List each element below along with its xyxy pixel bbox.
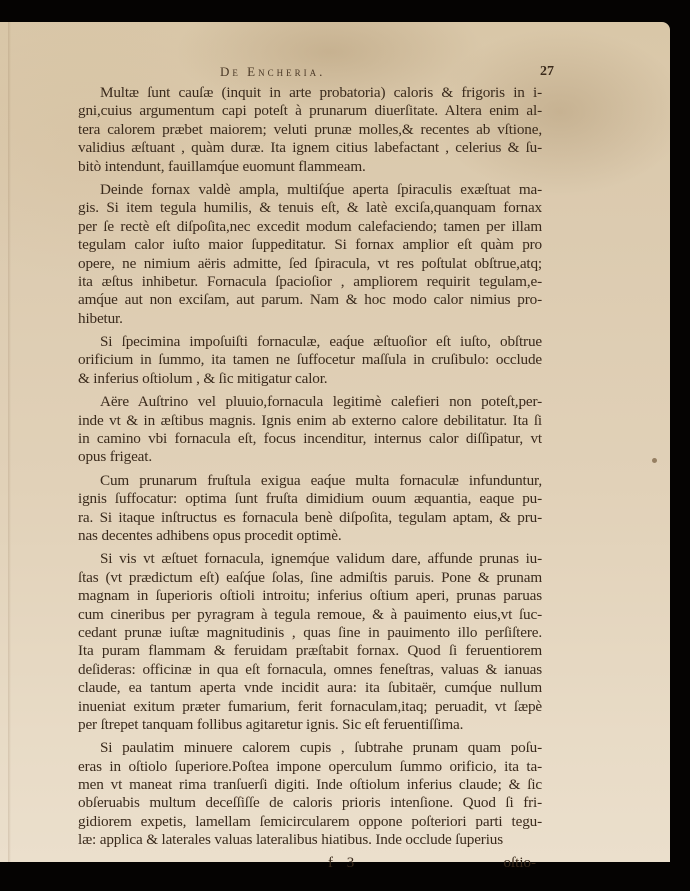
running-head: De Encheria.: [220, 64, 325, 80]
text-line: inueniat exitum præter fumarium, ferit f…: [78, 698, 542, 716]
page-fold-shadow: [8, 22, 11, 862]
text-line: & inferius oſtiolum , & ſic mitigatur ca…: [78, 370, 542, 388]
text-line: opere, ne nimium aëris admitte, ſed ſpir…: [78, 255, 542, 273]
text-line: cum cineribus per pyragram à tegula remo…: [78, 606, 542, 624]
text-line: ſtas (vt prædictum eſt) eaſq́ue ſolas, ſ…: [78, 569, 542, 587]
text-line: Cum prunarum fruſtula exigua eaq́ue mult…: [78, 472, 542, 490]
text-line: Si paulatim minuere calorem cupis , ſubt…: [78, 739, 542, 757]
paragraph: Cum prunarum fruſtula exigua eaq́ue mult…: [78, 472, 542, 546]
text-line: Si vis vt æſtuet fornacula, ignemq́ue va…: [78, 550, 542, 568]
text-line: gidiorem expetis, lamellam ſemicirculare…: [78, 813, 542, 831]
text-block: De Encheria. 27 Multæ ſunt cauſæ (inquit…: [78, 64, 542, 875]
text-line: Ita puram flammam & feruidam præſtabit f…: [78, 642, 542, 660]
page-number: 27: [540, 64, 554, 80]
text-line: gis. Si item tegula humilis, & tenuis eſ…: [78, 199, 542, 217]
text-line: amq́ue aut non exciſam, aut parum. Nam &…: [78, 291, 542, 309]
text-line: Deinde fornax valdè ampla, multiſq́ue ap…: [78, 181, 542, 199]
text-line: opus frigeat.: [78, 448, 542, 466]
text-line: tegulam calor iuſto maior ſuppeditatur. …: [78, 236, 542, 254]
text-line: tera calorem præbet maiorem; veluti prun…: [78, 121, 542, 139]
text-line: men vt maneat rima tranſuerſi digiti. In…: [78, 776, 542, 794]
text-line: deſideras: officinæ in qua eſt fornacula…: [78, 661, 542, 679]
paragraph: Aëre Auſtrino vel pluuio,fornacula legit…: [78, 393, 542, 467]
text-line: orificium in ſummo, ita tamen ne ſuffoce…: [78, 351, 542, 369]
text-line: per ſtrepet tanquam follibus agitaretur …: [78, 716, 542, 734]
paragraph: Si paulatim minuere calorem cupis , ſubt…: [78, 739, 542, 849]
text-line: Aëre Auſtrino vel pluuio,fornacula legit…: [78, 393, 542, 411]
text-line: Multæ ſunt cauſæ (inquit in arte probato…: [78, 84, 542, 102]
text-line: in camino vbi fornacula eſt, focus incen…: [78, 430, 542, 448]
page-header: De Encheria. 27: [78, 64, 542, 84]
text-line: obſeruabis multum deceſſiſſe de caloris …: [78, 794, 542, 812]
paragraph: Deinde fornax valdè ampla, multiſq́ue ap…: [78, 181, 542, 328]
catchword: oſtio-: [504, 855, 537, 872]
book-page: De Encheria. 27 Multæ ſunt cauſæ (inquit…: [0, 22, 670, 862]
paragraph: Si vis vt æſtuet fornacula, ignemq́ue va…: [78, 550, 542, 734]
signature-mark: f 3: [328, 855, 354, 872]
text-line: hibetur.: [78, 310, 542, 328]
page-footer: f 3 oſtio-: [78, 855, 542, 875]
ink-spot: [652, 458, 657, 463]
text-line: nas decentes adhibens opus procedit opti…: [78, 527, 542, 545]
paragraph: Si ſpecimina impoſuiſti fornaculæ, eaq́u…: [78, 333, 542, 388]
text-line: ignis ſuffocatur: optima ſunt fruſta dim…: [78, 490, 542, 508]
text-line: ra. Si itaque inſtructus es fornacula be…: [78, 509, 542, 527]
text-line: magnam in ſuperioris oſtioli introitu; i…: [78, 587, 542, 605]
text-line: eras in oſtiolo ſuperiore.Poſtea impone …: [78, 758, 542, 776]
body-text: Multæ ſunt cauſæ (inquit in arte probato…: [78, 84, 542, 850]
text-line: gni,cuius argumentum capi poteſt à pruna…: [78, 102, 542, 120]
text-line: bitò intendunt, fauillamq́ue euomunt fla…: [78, 158, 542, 176]
paragraph: Multæ ſunt cauſæ (inquit in arte probato…: [78, 84, 542, 176]
text-line: claude, ea tantum aperta vnde incidit au…: [78, 679, 542, 697]
text-line: validius æſtuant , quàm duræ. Ita ignem …: [78, 139, 542, 157]
text-line: per ſe rectè eſt diſpoſita,nec excedit m…: [78, 218, 542, 236]
text-line: cedant prunæ iuſtæ magnitudinis , quas ſ…: [78, 624, 542, 642]
text-line: ita æſtus inhibetur. Fornacula ſpacioſio…: [78, 273, 542, 291]
text-line: læ: applica & laterales valuas lateralib…: [78, 831, 542, 849]
text-line: Si ſpecimina impoſuiſti fornaculæ, eaq́u…: [78, 333, 542, 351]
text-line: inde vt & in æſtibus magnis. Ignis enim …: [78, 412, 542, 430]
